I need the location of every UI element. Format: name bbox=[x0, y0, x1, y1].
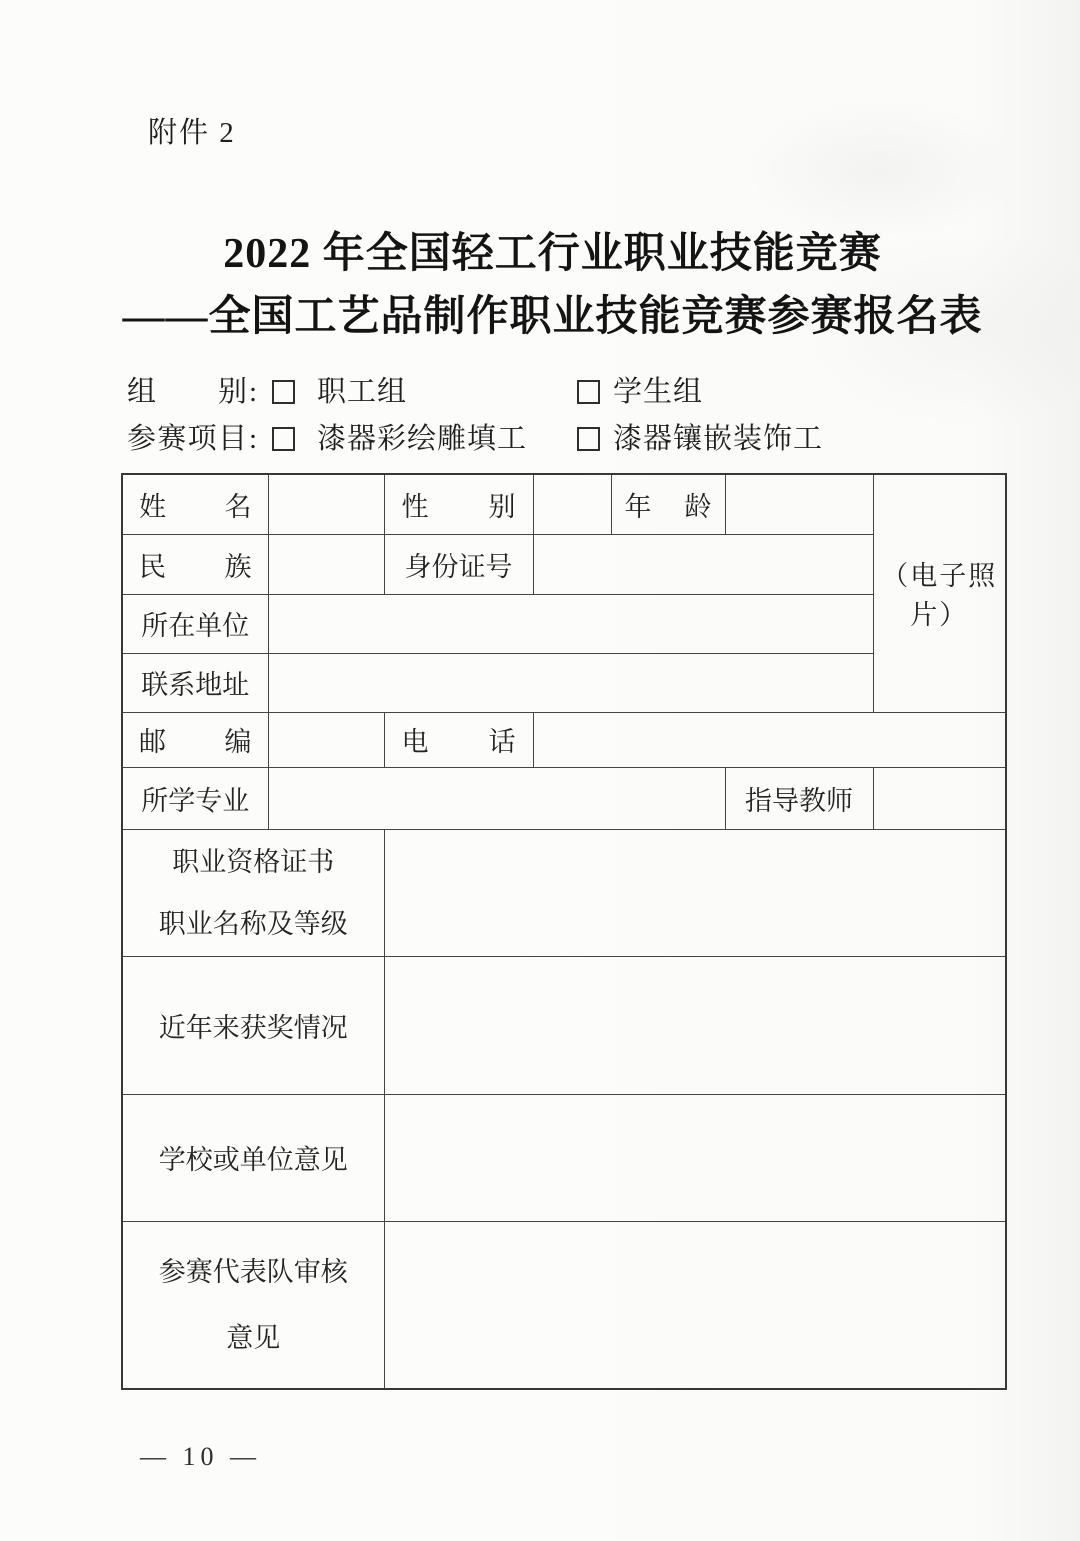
work-unit-label-cell: 所在单位 bbox=[122, 594, 268, 653]
row-school-opinion: 学校或单位意见 bbox=[122, 1094, 1006, 1221]
advisor-value-cell[interactable] bbox=[873, 767, 1006, 829]
gender-label-cell: 性别 bbox=[384, 474, 533, 534]
name-value-cell[interactable] bbox=[268, 474, 384, 534]
checkbox-worker-group[interactable] bbox=[272, 380, 295, 404]
address-label-cell: 联系地址 bbox=[122, 653, 268, 712]
work-unit-value-cell[interactable] bbox=[268, 594, 873, 653]
title-line-1: 2022 年全国轻工行业职业技能竞赛 bbox=[95, 220, 1010, 280]
registration-form-table: 姓名 性别 年龄 （电子照片） 民族 身份证号 所在单位 联系地址 邮编 电话 bbox=[121, 473, 1007, 1390]
id-number-value-cell[interactable] bbox=[533, 534, 873, 594]
gender-label: 性别 bbox=[385, 485, 533, 524]
team-review-label-cell: 参赛代表队审核 意见 bbox=[122, 1221, 384, 1389]
group-colon: : bbox=[249, 372, 257, 412]
certificate-label-line1: 职业资格证书 bbox=[123, 842, 384, 882]
awards-value-cell[interactable] bbox=[384, 956, 1006, 1094]
worker-group-option-label: 职工组 bbox=[317, 372, 407, 412]
project-colon: : bbox=[249, 419, 257, 459]
awards-label-cell: 近年来获奖情况 bbox=[122, 956, 384, 1094]
team-review-label-line2: 意见 bbox=[123, 1318, 384, 1358]
group-label: 组别 bbox=[127, 372, 247, 412]
phone-value-cell[interactable] bbox=[533, 712, 1006, 767]
attachment-label: 附件 2 bbox=[148, 110, 236, 151]
row-postcode-phone: 邮编 电话 bbox=[122, 712, 1006, 767]
advisor-label-cell: 指导教师 bbox=[725, 767, 873, 829]
certificate-value-cell[interactable] bbox=[384, 829, 1006, 956]
row-name-gender-age: 姓名 性别 年龄 （电子照片） bbox=[122, 474, 1006, 534]
row-certificate: 职业资格证书 职业名称及等级 bbox=[122, 829, 1006, 956]
id-number-label-cell: 身份证号 bbox=[384, 534, 533, 594]
row-major-advisor: 所学专业 指导教师 bbox=[122, 767, 1006, 829]
address-value-cell[interactable] bbox=[268, 653, 873, 712]
document-page: 附件 2 2022 年全国轻工行业职业技能竞赛 ——全国工艺品制作职业技能竞赛参… bbox=[0, 0, 1080, 1541]
name-label-cell: 姓名 bbox=[122, 474, 268, 534]
checkbox-lacquer-carving-project[interactable] bbox=[272, 427, 295, 451]
row-awards: 近年来获奖情况 bbox=[122, 956, 1006, 1094]
team-review-value-cell[interactable] bbox=[384, 1221, 1006, 1389]
group-selection-row: 组别 : 职工组 学生组 bbox=[0, 372, 1080, 416]
photo-placeholder-cell[interactable]: （电子照片） bbox=[873, 474, 1006, 712]
school-opinion-label-cell: 学校或单位意见 bbox=[122, 1094, 384, 1221]
postcode-label: 邮编 bbox=[123, 720, 268, 759]
title-line-2: ——全国工艺品制作职业技能竞赛参赛报名表 bbox=[95, 283, 1010, 343]
row-team-review: 参赛代表队审核 意见 bbox=[122, 1221, 1006, 1389]
postcode-value-cell[interactable] bbox=[268, 712, 384, 767]
age-label: 年龄 bbox=[612, 485, 725, 524]
checkbox-student-group[interactable] bbox=[577, 380, 600, 404]
certificate-label-line2: 职业名称及等级 bbox=[123, 904, 384, 944]
postcode-label-cell: 邮编 bbox=[122, 712, 268, 767]
lacquer-carving-project-label: 漆器彩绘雕填工 bbox=[317, 419, 527, 459]
lacquer-inlay-project-label: 漆器镶嵌装饰工 bbox=[613, 419, 823, 459]
page-number: — 10 — bbox=[140, 1442, 261, 1472]
ethnic-label: 民族 bbox=[123, 545, 268, 584]
school-opinion-value-cell[interactable] bbox=[384, 1094, 1006, 1221]
ethnic-value-cell[interactable] bbox=[268, 534, 384, 594]
major-label-cell: 所学专业 bbox=[122, 767, 268, 829]
gender-value-cell[interactable] bbox=[533, 474, 611, 534]
age-value-cell[interactable] bbox=[725, 474, 873, 534]
ethnic-label-cell: 民族 bbox=[122, 534, 268, 594]
checkbox-lacquer-inlay-project[interactable] bbox=[577, 427, 600, 451]
phone-label: 电话 bbox=[385, 720, 533, 759]
certificate-label-cell: 职业资格证书 职业名称及等级 bbox=[122, 829, 384, 956]
phone-label-cell: 电话 bbox=[384, 712, 533, 767]
age-label-cell: 年龄 bbox=[611, 474, 725, 534]
project-label: 参赛项目 bbox=[127, 419, 247, 459]
student-group-option-label: 学生组 bbox=[613, 372, 703, 412]
team-review-label-line1: 参赛代表队审核 bbox=[123, 1252, 384, 1292]
major-value-cell[interactable] bbox=[268, 767, 725, 829]
project-selection-row: 参赛项目 : 漆器彩绘雕填工 漆器镶嵌装饰工 bbox=[0, 419, 1080, 463]
name-label: 姓名 bbox=[123, 485, 268, 524]
